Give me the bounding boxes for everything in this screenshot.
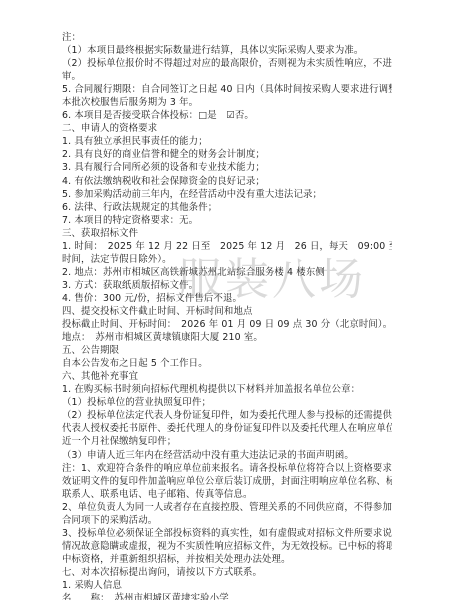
note-item: 注：1、欢迎符合条件的响应单位前来报名。请各投标单位将符合以上资格要求的有: [62, 462, 392, 475]
other-matter-subitem: （1）投标单位的营业执照复印件；: [62, 396, 392, 409]
joint-bid-option: 6. 本项目是否接受联合体投标：□是 ☑否。: [62, 109, 392, 122]
other-matter-subitem-cont: 近一个月社保缴纳复印件；: [62, 435, 392, 448]
other-matter-subitem: （2）投标单位法定代表人身份证复印件，如为委托代理人参与投标的还需提供法定: [62, 409, 392, 422]
document-price: 4. 售价：300 元/份，招标文件售后不退。: [62, 292, 392, 305]
note-item-1: （1）本项目最终根据实际数量进行结算，具体以实际采购人要求为准。: [62, 44, 392, 57]
qualification-item: 1. 具有独立承担民事责任的能力；: [62, 135, 392, 148]
section-heading-obtain-documents: 三、获取招标文件: [62, 227, 392, 240]
obtain-location: 2. 地点：苏州市相城区高铁新城苏州北站综合服务楼 4 楼东侧: [62, 266, 392, 279]
submission-deadline: 投标截止时间、开标时间： 2026 年 01 月 09 日 09 点 30 分（…: [62, 318, 392, 331]
purchaser-info-heading: 1. 采购人信息: [62, 579, 392, 592]
qualification-item: 3. 具有履行合同所必须的设备和专业技术能力；: [62, 161, 392, 174]
qualification-item: 5. 参加采购活动前三年内，在经营活动中没有重大违法记录；: [62, 188, 392, 201]
obtain-time-cont: 时间，法定节假日除外）。: [62, 253, 392, 266]
qualification-item: 2. 具有良好的商业信誉和健全的财务会计制度；: [62, 148, 392, 161]
other-matter-item: 1. 在购买标书时须向招标代理机构提供以下材料并加盖报名单位公章：: [62, 383, 392, 396]
submission-location: 地点： 苏州市相城区黄埭镇康阳大厦 210 室。: [62, 331, 392, 344]
note-heading: 注：: [62, 31, 392, 44]
obtain-time: 1. 时间： 2025 年 12 月 22 日至 2025 年 12 月 26 …: [62, 240, 392, 253]
note-item-cont: 效证明文件的复印件加盖响应单位公章后装订成册，封面注明响应单位名称、标号、: [62, 475, 392, 488]
note-item: 3、投标单位必须保证全部投标资料的真实性，如有虚假或对招标文件所要求说明的: [62, 527, 392, 540]
section-heading-other-matters: 六、其他补充事宜: [62, 370, 392, 383]
other-matter-subitem-cont: 代表人授权委托书原件、委托代理人的身份证复印件以及委托代理人在响应单位的: [62, 422, 392, 435]
qualification-item: 7. 本项目的特定资格要求：无。: [62, 214, 392, 227]
qualification-item: 4. 有依法缴纳税收和社会保障资金的良好记录；: [62, 175, 392, 188]
other-matter-subitem: （3）申请人近三年内在经营活动中没有重大违法记录的书面声明函。: [62, 449, 392, 462]
note-item-2: （2）投标单位报价时不得超过对应的最高限价，否则视为未实质性响应，不进入评: [62, 57, 392, 70]
section-heading-notice-period: 五、公告期限: [62, 344, 392, 357]
note-item-cont: 中标资格，并重新组织招标，并按相关处理办法处理。: [62, 553, 392, 566]
section-heading-qualifications: 二、申请人的资格要求: [62, 122, 392, 135]
note-item-cont: 合同项下的采购活动。: [62, 514, 392, 527]
note-item-cont: 情况故意隐瞒或虚报，视为不实质性响应招标文件，为无效投标。已中标的将取消: [62, 540, 392, 553]
purchaser-name: 名 称： 苏州市相城区黄埭实验小学: [62, 592, 392, 600]
document-page: 注： （1）本项目最终根据实际数量进行结算，具体以实际采购人要求为准。 （2）投…: [62, 31, 392, 600]
section-heading-submission: 四、提交投标文件截止时间、开标时间和地点: [62, 305, 392, 318]
notice-period: 自本公告发布之日起 5 个工作日。: [62, 357, 392, 370]
note-item: 2、单位负责人为同一人或者存在直接控股、管理关系的不同供应商，不得参加同一: [62, 501, 392, 514]
qualification-item: 6. 法律、行政法规规定的其他条件；: [62, 201, 392, 214]
note-item-cont: 联系人、联系电话、电子邮箱、传真等信息。: [62, 488, 392, 501]
note-item-2-cont: 审。: [62, 70, 392, 83]
contract-period: 5. 合同履行期限：自合同签订之日起 40 日内（具体时间按采购人要求进行调整）…: [62, 83, 392, 96]
section-heading-contact: 七、对本次招标提出询问，请按以下方式联系。: [62, 566, 392, 579]
obtain-method: 3. 方式：获取纸质版招标文件。: [62, 279, 392, 292]
after-sales-period: 本批次校服售后服务期为 3 年。: [62, 96, 392, 109]
